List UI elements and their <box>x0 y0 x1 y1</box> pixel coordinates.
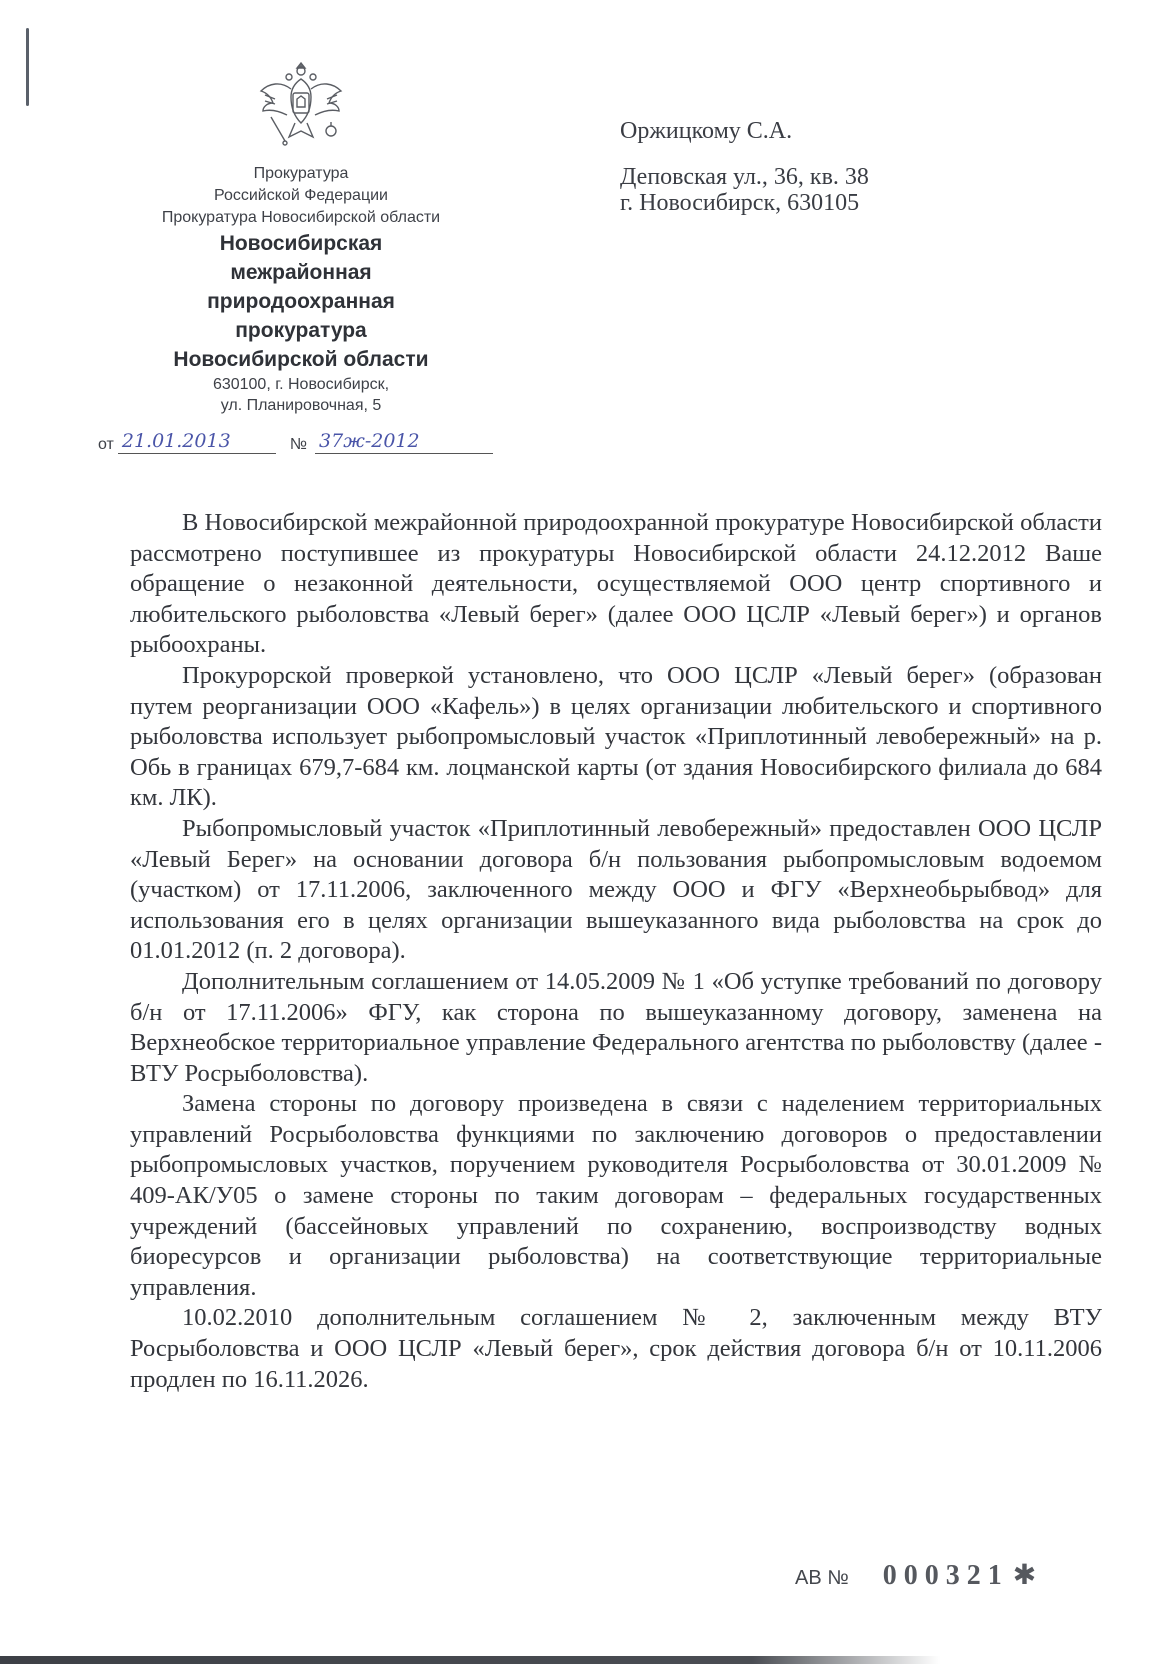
staple-mark <box>26 28 29 106</box>
letterhead-line: Российской Федерации <box>120 185 482 207</box>
body-paragraph: Рыбопромысловый участок «Приплотинный ле… <box>130 814 1102 967</box>
double-headed-eagle-emblem-icon <box>251 55 351 155</box>
office-name-line: Новосибирской области <box>120 345 482 374</box>
office-name-line: природоохранная <box>120 287 482 316</box>
date-label: от <box>98 436 114 454</box>
body-paragraph: Замена стороны по договору произведена в… <box>130 1089 1102 1303</box>
number-label: № <box>290 436 307 454</box>
recipient-address-city: г. Новосибирск, 630105 <box>620 190 869 216</box>
form-serial-number: АВ № 000321 ✱ <box>795 1558 1036 1592</box>
recipient-address-street: Деповская ул., 36, кв. 38 <box>620 164 869 190</box>
office-address-line: ул. Планировочная, 5 <box>120 395 482 416</box>
scan-edge-shadow <box>0 1656 940 1664</box>
handwritten-date: 21.01.2013 <box>118 430 276 454</box>
letterhead: Прокуратура Российской Федерации Прокура… <box>120 55 482 416</box>
asterisk-icon: ✱ <box>1013 1558 1036 1591</box>
office-name-line: Новосибирская <box>120 229 482 258</box>
registration-line: от 21.01.2013 № 37ж-2012 <box>98 430 493 454</box>
recipient-block: Оржицкому С.А. Деповская ул., 36, кв. 38… <box>620 118 869 216</box>
body-paragraph: Прокурорской проверкой установлено, что … <box>130 661 1102 814</box>
letterhead-line: Прокуратура Новосибирской области <box>120 207 482 229</box>
letter-body: В Новосибирской межрайонной природоохран… <box>130 508 1102 1395</box>
serial-label: АВ № <box>795 1567 849 1590</box>
recipient-name: Оржицкому С.А. <box>620 118 869 144</box>
body-paragraph: В Новосибирской межрайонной природоохран… <box>130 508 1102 661</box>
letterhead-line: Прокуратура <box>120 163 482 185</box>
office-name-line: межрайонная <box>120 258 482 287</box>
handwritten-number: 37ж-2012 <box>315 430 493 454</box>
serial-number: 000321 <box>883 1560 1009 1592</box>
office-address-line: 630100, г. Новосибирск, <box>120 374 482 395</box>
office-name-line: прокуратура <box>120 316 482 345</box>
body-paragraph: 10.02.2010 дополнительным соглашением № … <box>130 1303 1102 1395</box>
body-paragraph: Дополнительным соглашением от 14.05.2009… <box>130 967 1102 1089</box>
